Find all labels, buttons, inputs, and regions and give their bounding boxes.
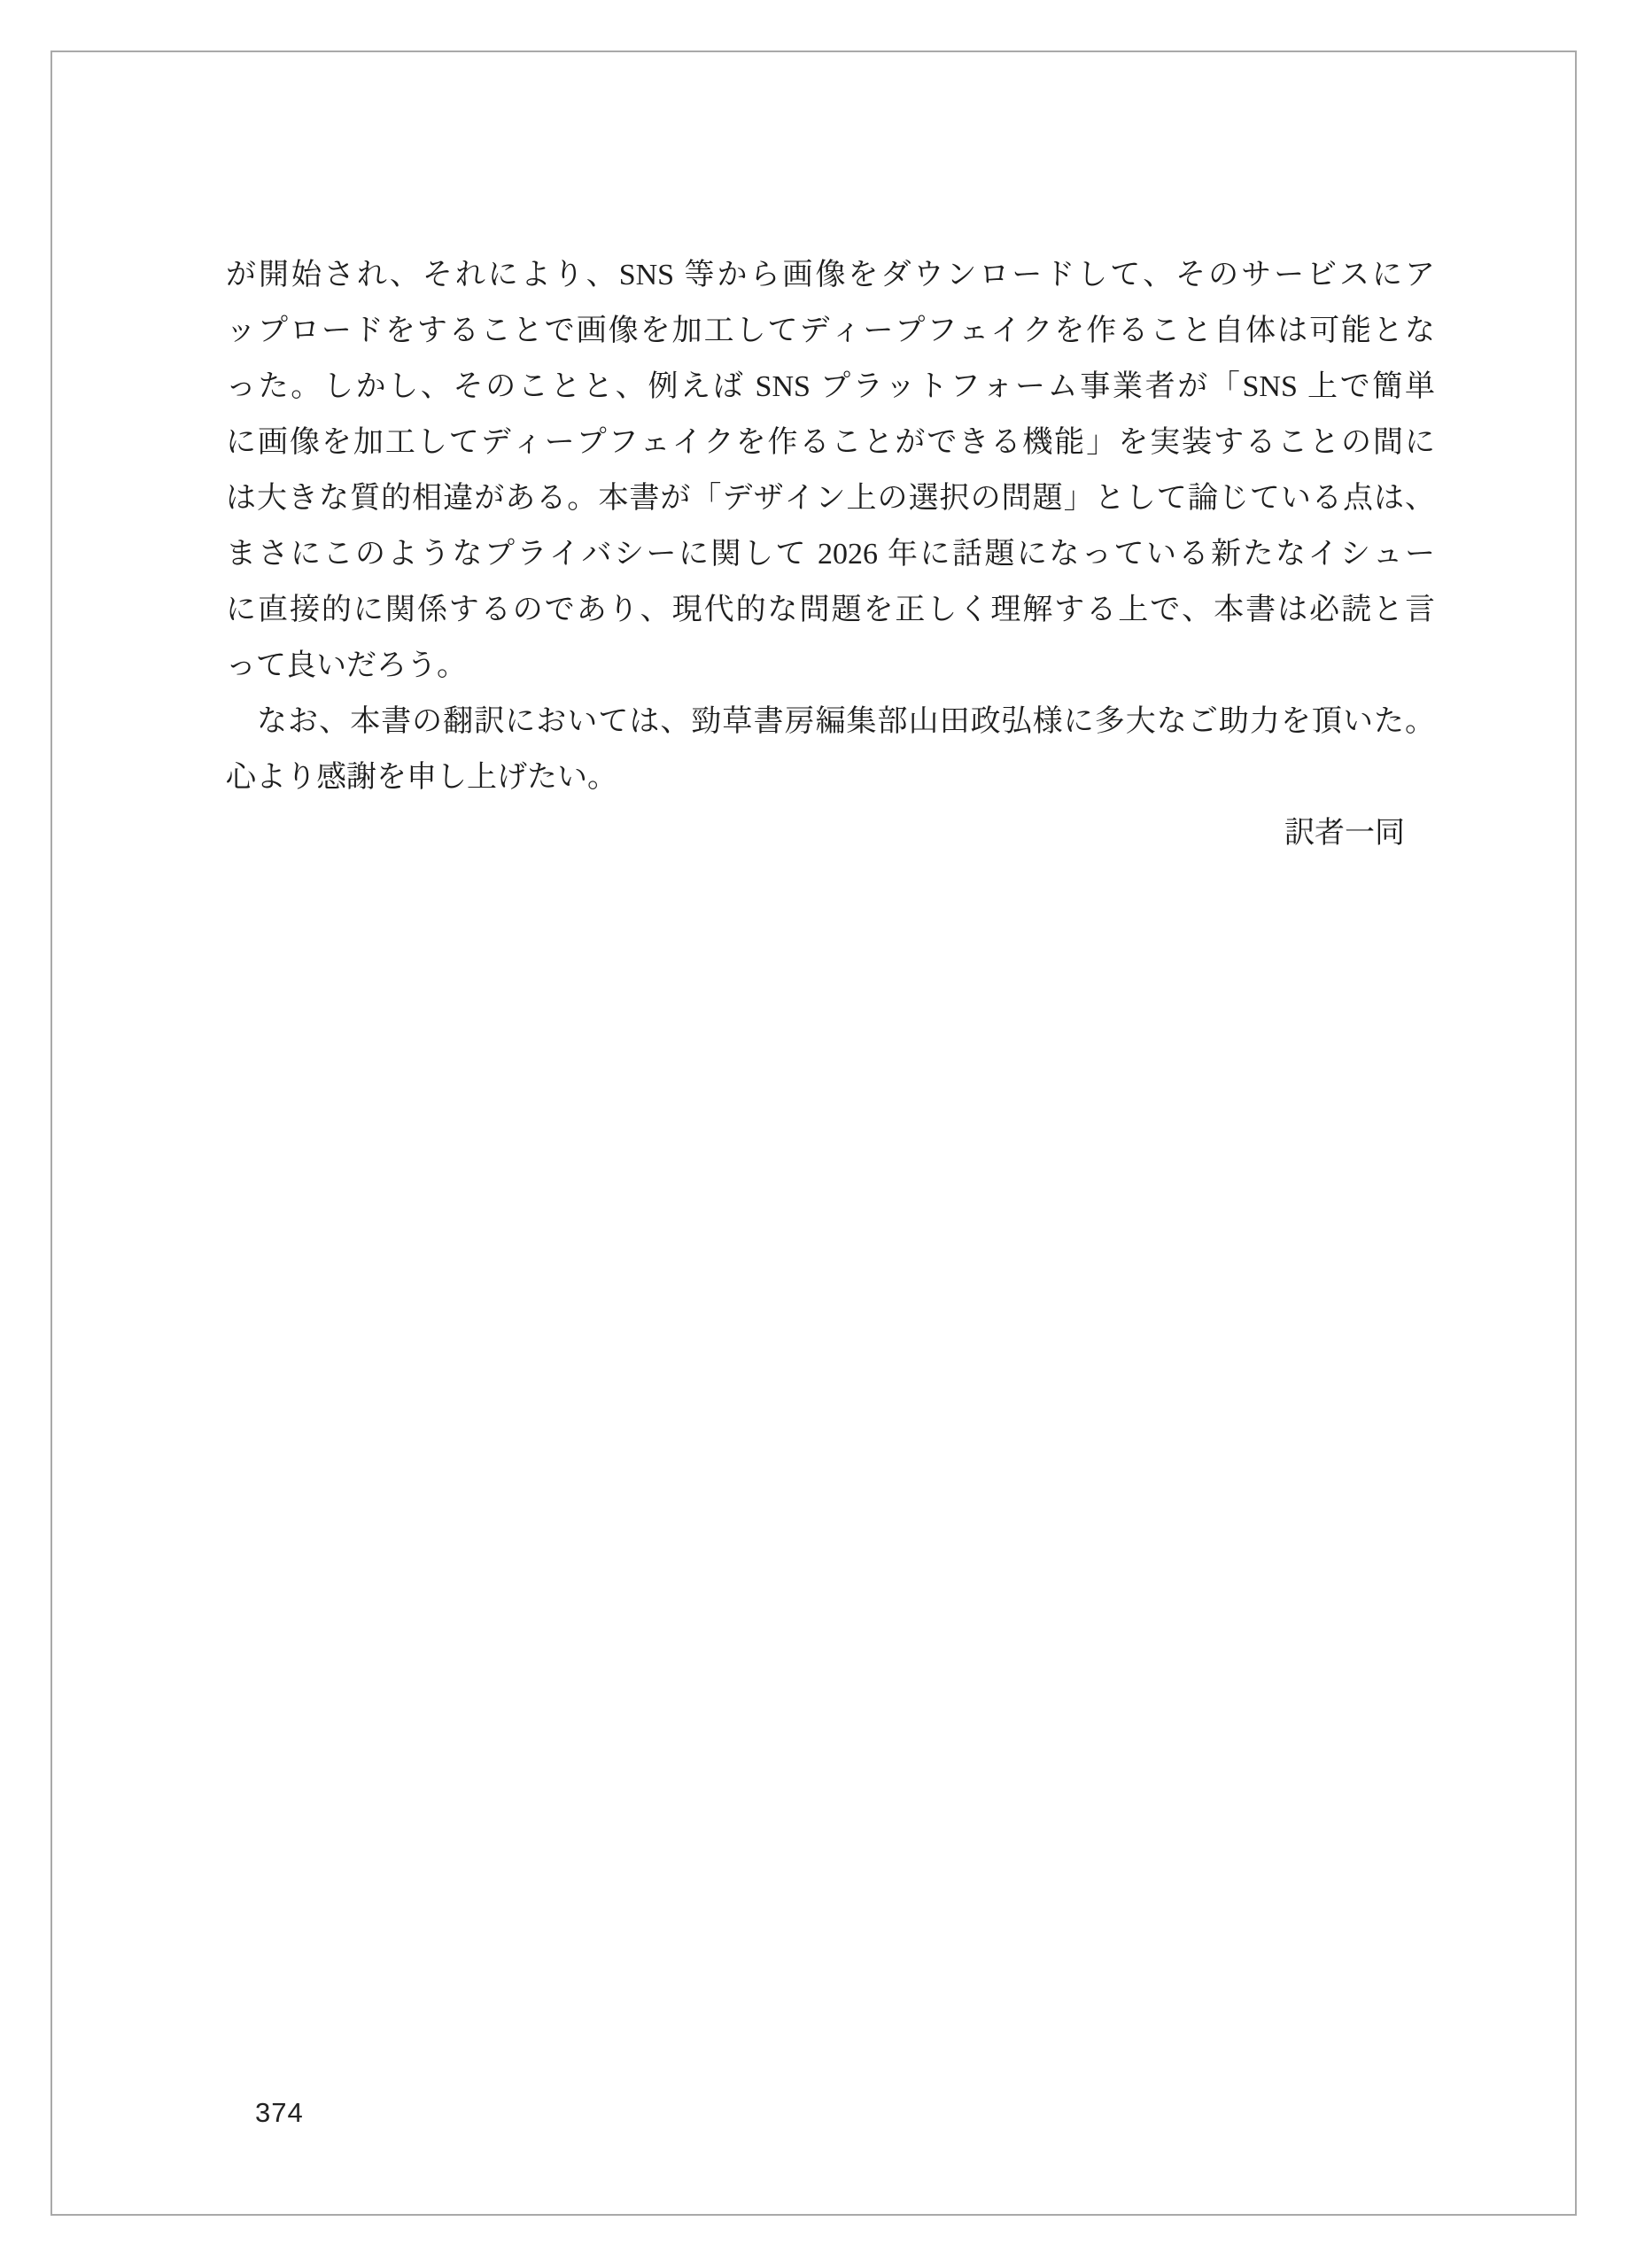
text-line: った。しかし、そのことと、例えば SNS プラットフォーム事業者が「SNS 上で… bbox=[226, 359, 1435, 415]
page-number: 374 bbox=[255, 2097, 304, 2129]
text-line: に直接的に関係するのであり、現代的な問題を正しく理解する上で、本書は必読と言 bbox=[226, 582, 1435, 638]
page-border-frame: が開始され、それにより、SNS 等から画像をダウンロードして、そのサービスにア … bbox=[50, 50, 1577, 2216]
text-line: って良いだろう。 bbox=[226, 638, 1435, 694]
text-line: が開始され、それにより、SNS 等から画像をダウンロードして、そのサービスにア bbox=[226, 247, 1435, 303]
text-line: なお、本書の翻訳においては、勁草書房編集部山田政弘様に多大なご助力を頂いた。 bbox=[226, 694, 1435, 750]
text-line: は大きな質的相違がある。本書が「デザイン上の選択の問題」として論じている点は、 bbox=[226, 470, 1435, 526]
text-line: に画像を加工してディープフェイクを作ることができる機能」を実装することの間に bbox=[226, 415, 1435, 470]
signature-line: 訳者一同 bbox=[226, 805, 1435, 861]
text-line: ップロードをすることで画像を加工してディープフェイクを作ること自体は可能とな bbox=[226, 303, 1435, 359]
body-text: が開始され、それにより、SNS 等から画像をダウンロードして、そのサービスにア … bbox=[226, 247, 1435, 861]
text-line: 心より感謝を申し上げたい。 bbox=[226, 750, 1435, 805]
text-line: まさにこのようなプライバシーに関して 2026 年に話題になっている新たなイシュ… bbox=[226, 526, 1435, 582]
